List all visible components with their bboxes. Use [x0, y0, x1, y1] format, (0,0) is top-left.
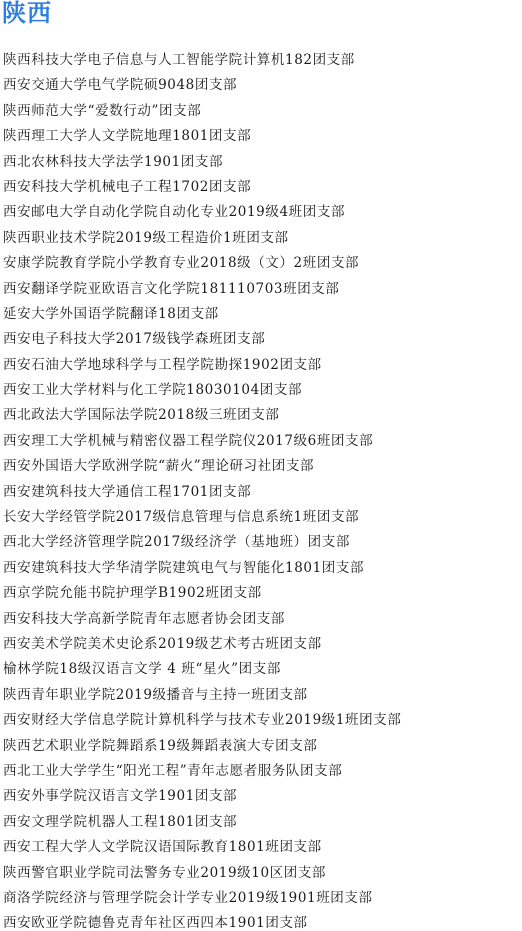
list-item: 西安邮电大学自动化学院自动化专业2019级4班团支部: [3, 200, 401, 225]
list-item: 陕西青年职业学院2019级播音与主持一班团支部: [3, 683, 401, 708]
list-item: 西京学院允能书院护理学B1902班团支部: [3, 581, 401, 606]
list-item: 西北农林科技大学法学1901团支部: [3, 150, 401, 175]
list-item: 陕西科技大学电子信息与人工智能学院计算机182团支部: [3, 48, 401, 73]
list-item: 西安文理学院机器人工程1801团支部: [3, 810, 401, 835]
list-item: 陕西师范大学“爱数行动”团支部: [3, 99, 401, 124]
list-item: 西安外国语大学欧洲学院“薪火”理论研习社团支部: [3, 454, 401, 479]
list-item: 安康学院教育学院小学教育专业2018级（文）2班团支部: [3, 251, 401, 276]
list-item: 西安翻译学院亚欧语言文化学院181110703班团支部: [3, 277, 401, 302]
list-item: 西安科技大学高新学院青年志愿者协会团支部: [3, 607, 401, 632]
section-heading: 陕西: [2, 0, 52, 28]
list-item: 商洛学院经济与管理学院会计学专业2019级1901班团支部: [3, 886, 401, 911]
list-item: 西北政法大学国际法学院2018级三班团支部: [3, 403, 401, 428]
list-item: 西安建筑科技大学通信工程1701团支部: [3, 480, 401, 505]
list-item: 长安大学经管学院2017级信息管理与信息系统1班团支部: [3, 505, 401, 530]
list-item: 陕西艺术职业学院舞蹈系19级舞蹈表演大专团支部: [3, 734, 401, 759]
list-item: 西安欧亚学院德鲁克青年社区西四本1901团支部: [3, 911, 401, 931]
list-item: 陕西职业技术学院2019级工程造价1班团支部: [3, 226, 401, 251]
list-item: 西安科技大学机械电子工程1702团支部: [3, 175, 401, 200]
list-item: 西安美术学院美术史论系2019级艺术考古班团支部: [3, 632, 401, 657]
list-item: 西安交通大学电气学院硕9048团支部: [3, 73, 401, 98]
list-item: 西安工业大学材料与化工学院18030104团支部: [3, 378, 401, 403]
organization-list: 陕西科技大学电子信息与人工智能学院计算机182团支部 西安交通大学电气学院硕90…: [3, 48, 401, 931]
list-item: 西安理工大学机械与精密仪器工程学院仪2017级6班团支部: [3, 429, 401, 454]
list-item: 榆林学院18级汉语言文学 4 班“星火”团支部: [3, 657, 401, 682]
list-item: 陕西警官职业学院司法警务专业2019级10区团支部: [3, 861, 401, 886]
list-item: 西安石油大学地球科学与工程学院勘探1902团支部: [3, 353, 401, 378]
list-item: 西安建筑科技大学华清学院建筑电气与智能化1801团支部: [3, 556, 401, 581]
list-item: 西北大学经济管理学院2017级经济学（基地班）团支部: [3, 530, 401, 555]
list-item: 西安工程大学人文学院汉语国际教育1801班团支部: [3, 835, 401, 860]
list-item: 延安大学外国语学院翻译18团支部: [3, 302, 401, 327]
list-item: 西安外事学院汉语言文学1901团支部: [3, 784, 401, 809]
list-item: 西安财经大学信息学院计算机科学与技术专业2019级1班团支部: [3, 708, 401, 733]
list-item: 陕西理工大学人文学院地理1801团支部: [3, 124, 401, 149]
list-item: 西安电子科技大学2017级钱学森班团支部: [3, 327, 401, 352]
list-item: 西北工业大学学生“阳光工程”青年志愿者服务队团支部: [3, 759, 401, 784]
